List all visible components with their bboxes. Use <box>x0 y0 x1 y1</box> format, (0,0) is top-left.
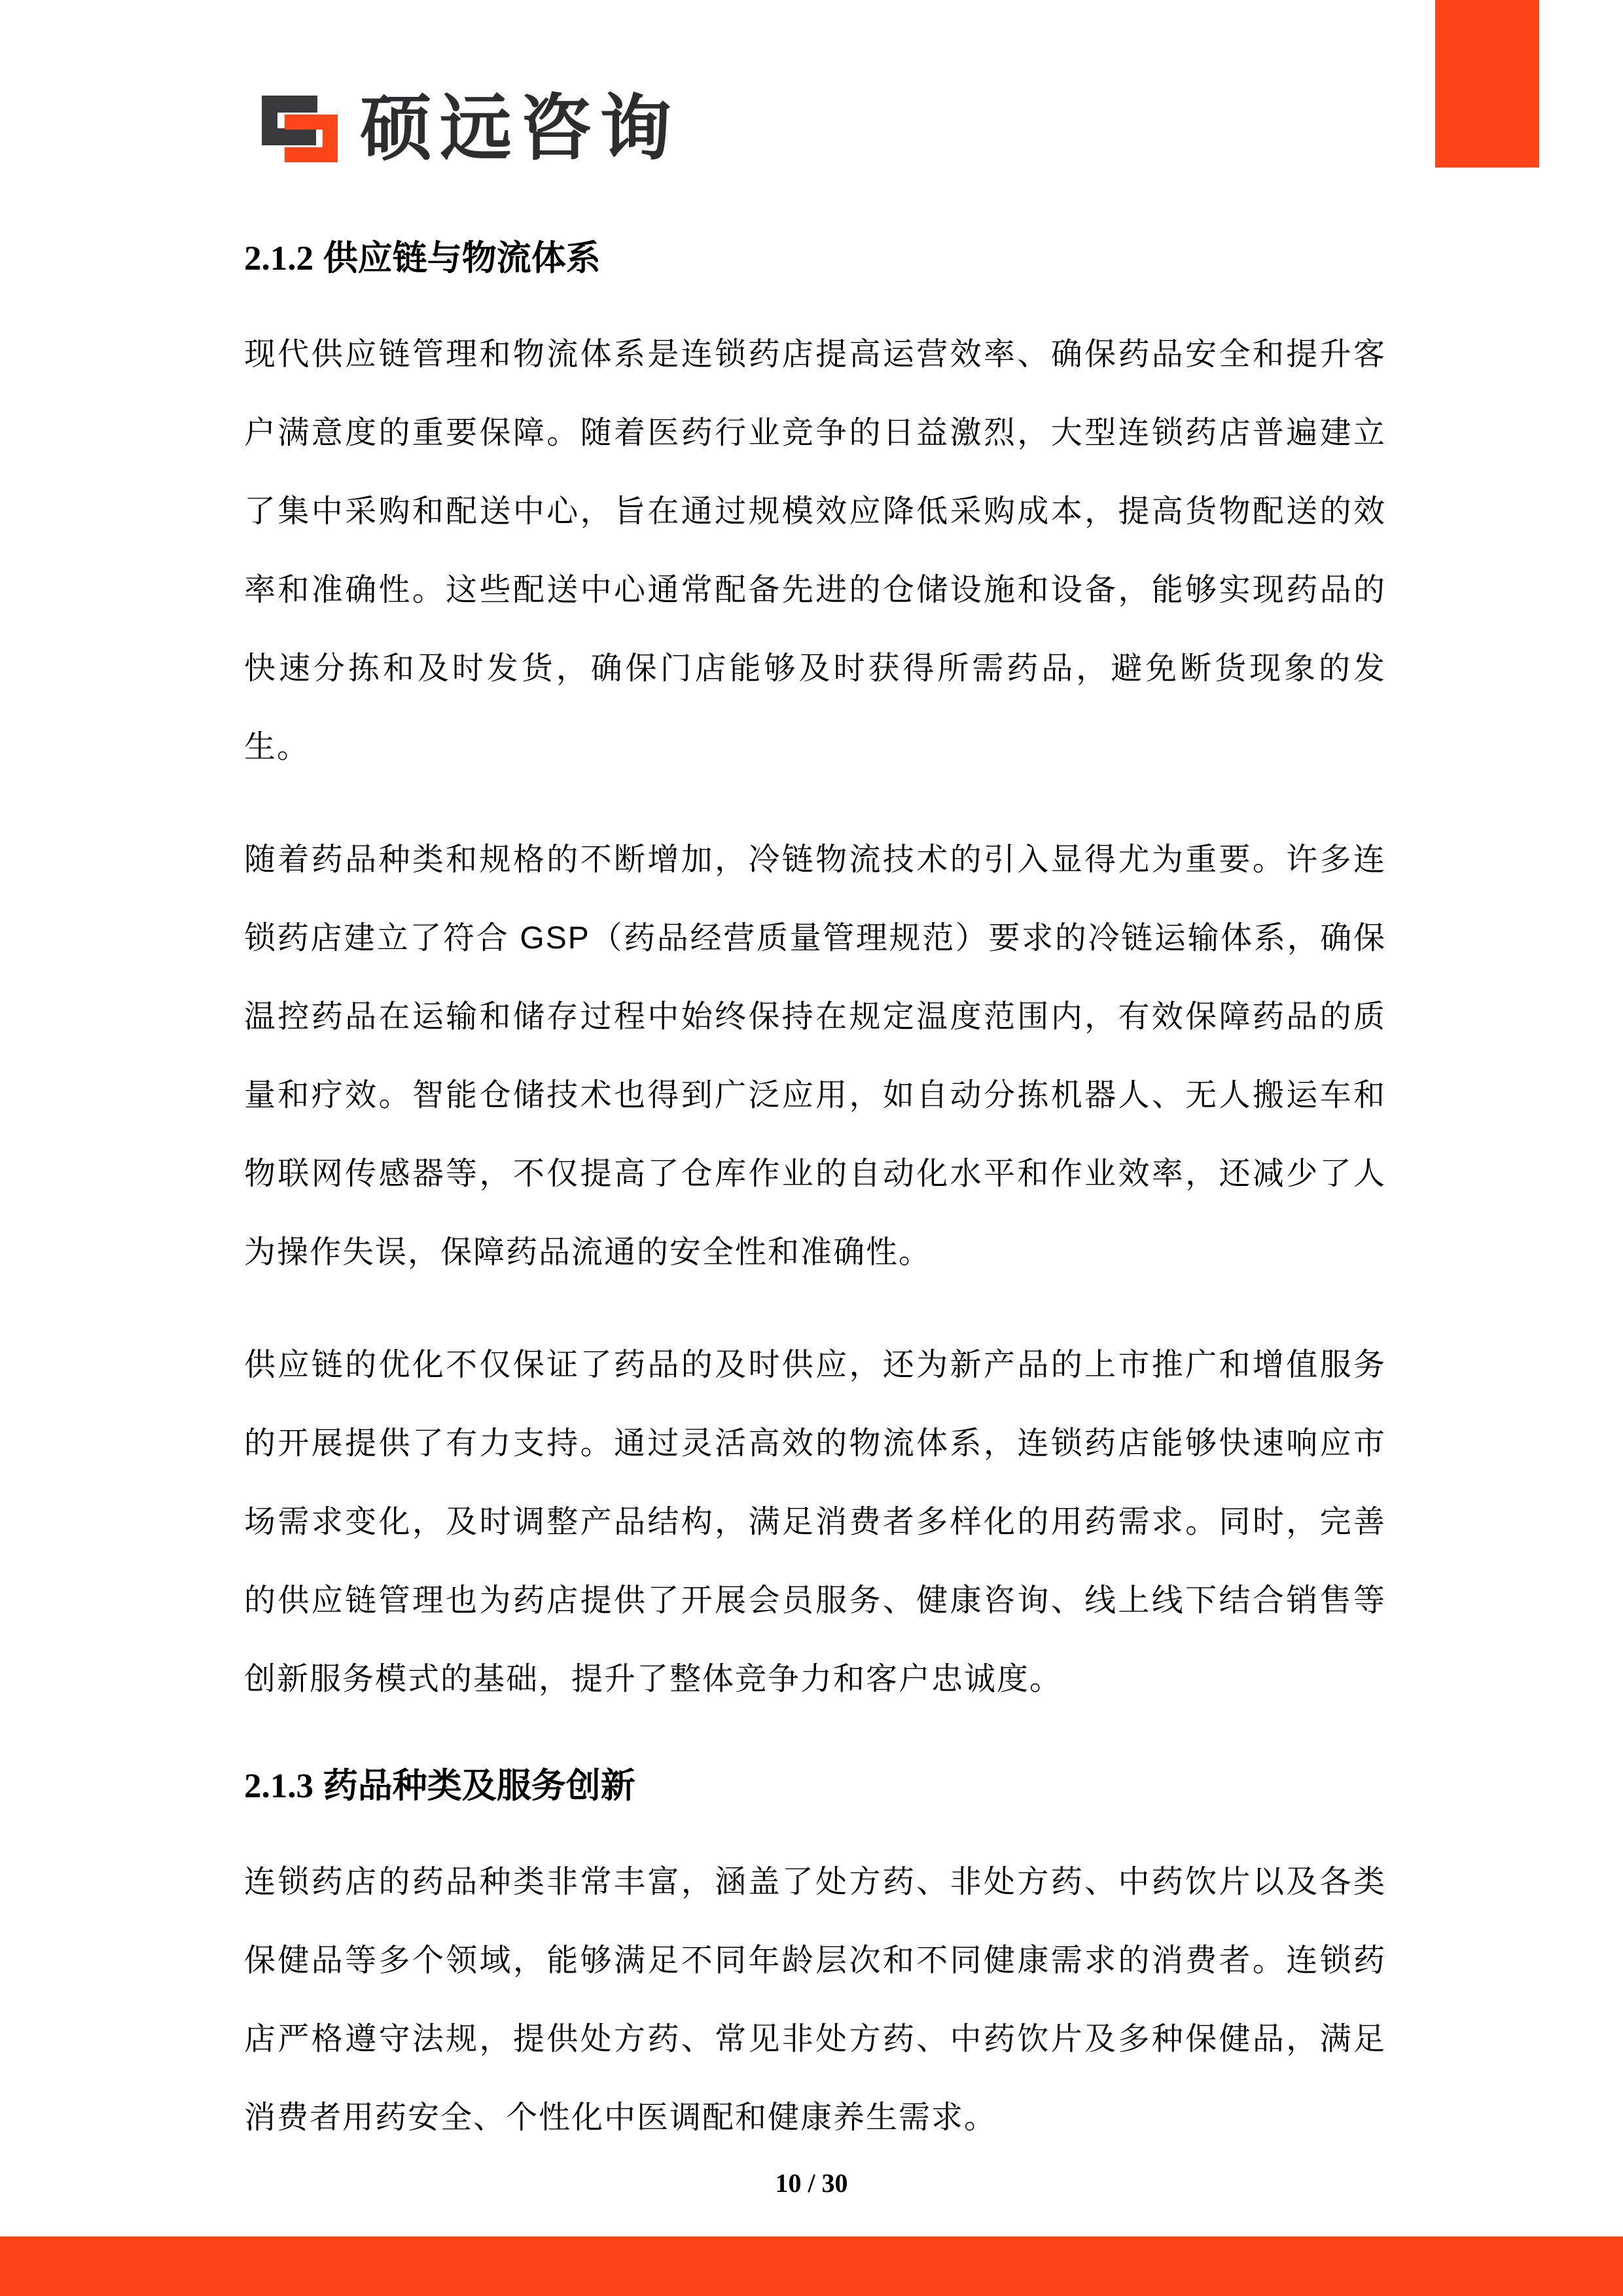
paragraph: 供应链的优化不仅保证了药品的及时供应，还为新产品的上市推广和增值服务的开展提供了… <box>244 1326 1386 1719</box>
paragraph: 连锁药店的药品种类非常丰富，涵盖了处方药、非处方药、中药饮片以及各类保健品等多个… <box>244 1843 1386 2157</box>
paragraph: 随着药品种类和规格的不断增加，冷链物流技术的引入显得尤为重要。许多连锁药店建立了… <box>244 821 1386 1292</box>
section-heading-213: 2.1.3 药品种类及服务创新 <box>244 1763 1386 1809</box>
section-title: 供应链与物流体系 <box>323 239 601 278</box>
corner-accent-rectangle <box>1435 0 1539 168</box>
paragraph: 现代供应链管理和物流体系是连锁药店提高运营效率、确保药品安全和提升客户满意度的重… <box>244 315 1386 787</box>
footer-accent-bar <box>0 2236 1623 2296</box>
section-title: 药品种类及服务创新 <box>323 1767 635 1805</box>
page-number: 10 / 30 <box>0 2168 1623 2198</box>
document-page: 硕远咨询 2.1.2 供应链与物流体系 现代供应链管理和物流体系是连锁药店提高运… <box>0 0 1623 2296</box>
section-number: 2.1.3 <box>244 1767 313 1805</box>
page-content: 2.1.2 供应链与物流体系 现代供应链管理和物流体系是连锁药店提高运营效率、确… <box>244 0 1386 2157</box>
section-heading-212: 2.1.2 供应链与物流体系 <box>244 236 1386 281</box>
section-number: 2.1.2 <box>244 240 313 278</box>
